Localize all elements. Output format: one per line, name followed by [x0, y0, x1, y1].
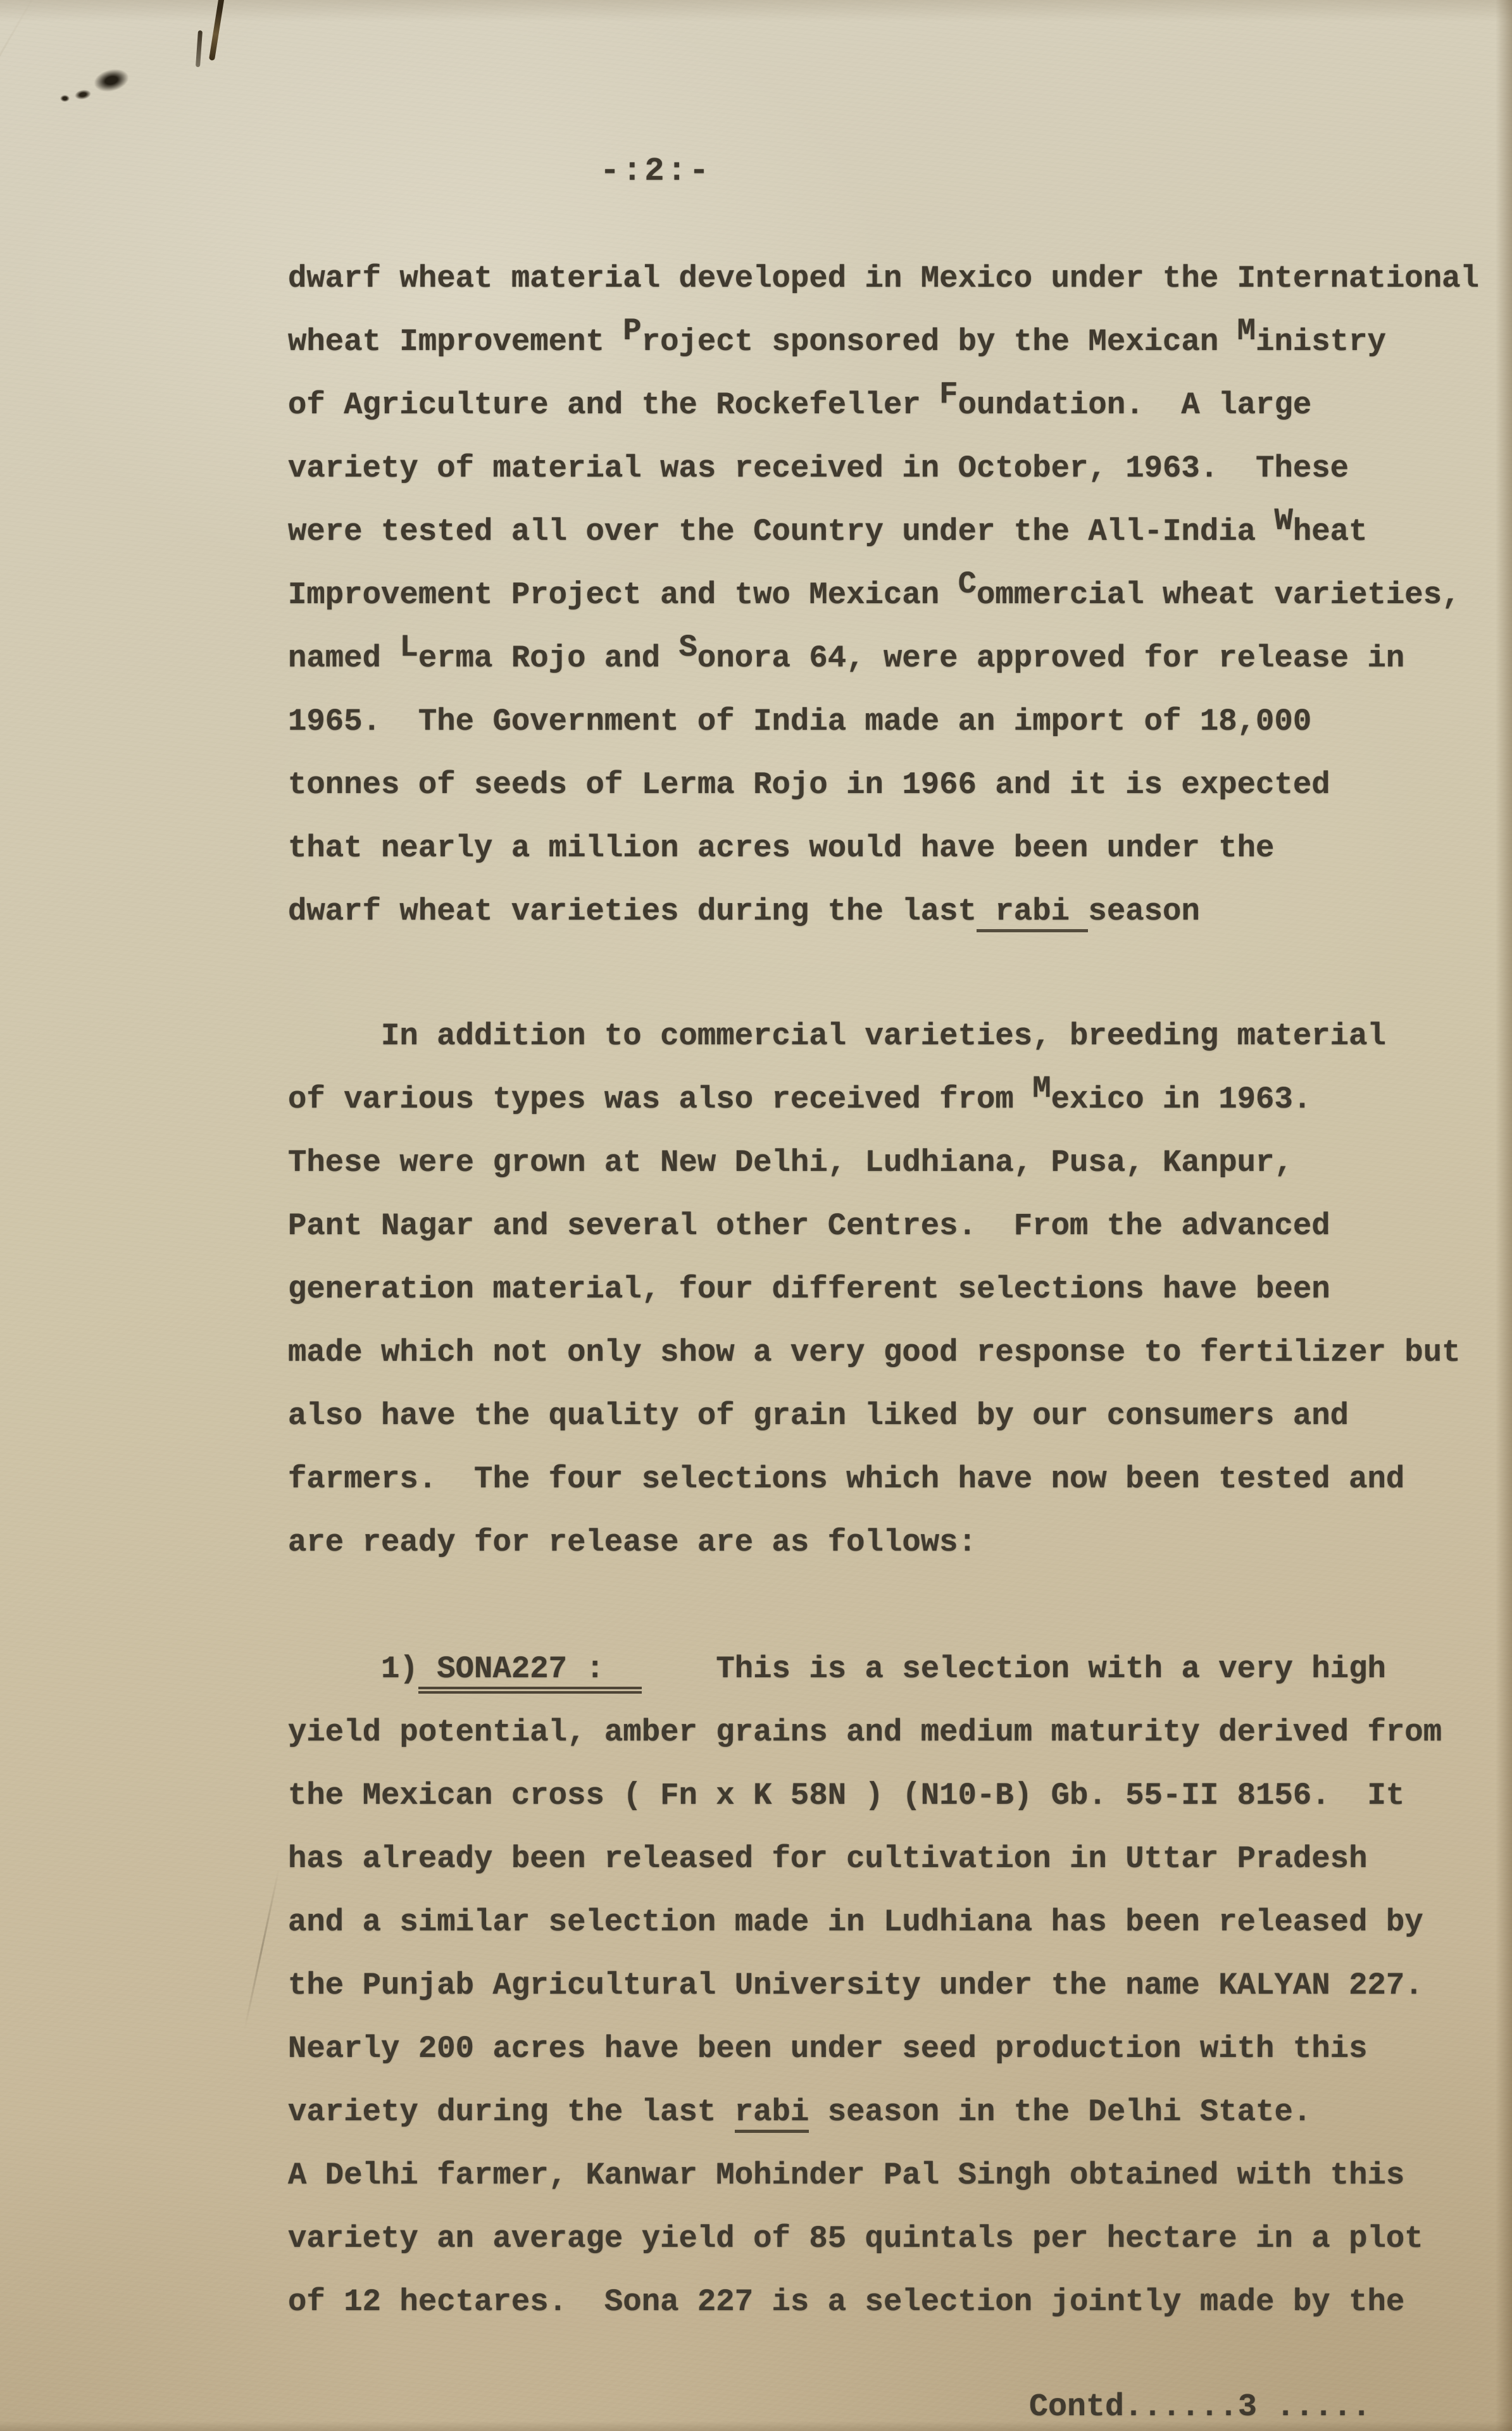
text-line: variety during the last rabi season in t… [288, 2080, 1509, 2144]
text-line: generation material, four different sele… [288, 1258, 1509, 1321]
text-line: named Lerma Rojo and Sonora 64, were app… [288, 627, 1509, 690]
text-line: Improvement Project and two Mexican Comm… [288, 563, 1509, 627]
text-line: that nearly a million acres would have b… [288, 816, 1509, 880]
text-line: made which not only show a very good res… [288, 1321, 1509, 1384]
text-line: of various types was also received from … [288, 1068, 1509, 1131]
scanned-document-page: -:2:- dwarf wheat material developed in … [0, 0, 1512, 2431]
text-line: tonnes of seeds of Lerma Rojo in 1966 an… [288, 753, 1509, 816]
text-line: yield potential, amber grains and medium… [288, 1701, 1509, 1764]
page-edge-shadow-bottom [0, 2421, 1512, 2431]
text-line: dwarf wheat material developed in Mexico… [288, 247, 1509, 310]
text-line: were tested all over the Country under t… [288, 500, 1509, 563]
text-line: In addition to commercial varieties, bre… [288, 1004, 1509, 1068]
text-line: also have the quality of grain liked by … [288, 1384, 1509, 1447]
text-line: the Punjab Agricultural University under… [288, 1954, 1509, 2017]
text-line: dwarf wheat varieties during the last ra… [288, 880, 1509, 943]
paragraph: In addition to commercial varieties, bre… [288, 1004, 1509, 1574]
text-line: 1965. The Government of India made an im… [288, 690, 1509, 753]
text-line: has already been released for cultivatio… [288, 1827, 1509, 1890]
text-line: of 12 hectares. Sona 227 is a selection … [288, 2270, 1509, 2334]
text-line: A Delhi farmer, Kanwar Mohinder Pal Sing… [288, 2144, 1509, 2207]
text-line: 1) SONA227 : This is a selection with a … [288, 1637, 1509, 1701]
text-line: the Mexican cross ( Fn x K 58N ) (N10-B)… [288, 1764, 1509, 1827]
text-line: These were grown at New Delhi, Ludhiana,… [288, 1131, 1509, 1194]
text-line: are ready for release are as follows: [288, 1511, 1509, 1574]
page-edge-shadow-right [1496, 0, 1512, 2431]
text-line: of Agriculture and the Rockefeller Found… [288, 373, 1509, 437]
text-line: variety of material was received in Octo… [288, 437, 1509, 500]
text-line: variety an average yield of 85 quintals … [288, 2207, 1509, 2270]
text-line: Nearly 200 acres have been under seed pr… [288, 2017, 1509, 2080]
text-line: Pant Nagar and several other Centres. Fr… [288, 1194, 1509, 1258]
text-line: wheat Improvement Project sponsored by t… [288, 310, 1509, 373]
paragraph: 1) SONA227 : This is a selection with a … [288, 1637, 1509, 2334]
text-line: farmers. The four selections which have … [288, 1447, 1509, 1511]
text-body: dwarf wheat material developed in Mexico… [0, 0, 1512, 2431]
text-line: and a similar selection made in Ludhiana… [288, 1890, 1509, 1954]
page-edge-shadow-top [0, 0, 1512, 22]
paragraph: dwarf wheat material developed in Mexico… [288, 247, 1509, 943]
